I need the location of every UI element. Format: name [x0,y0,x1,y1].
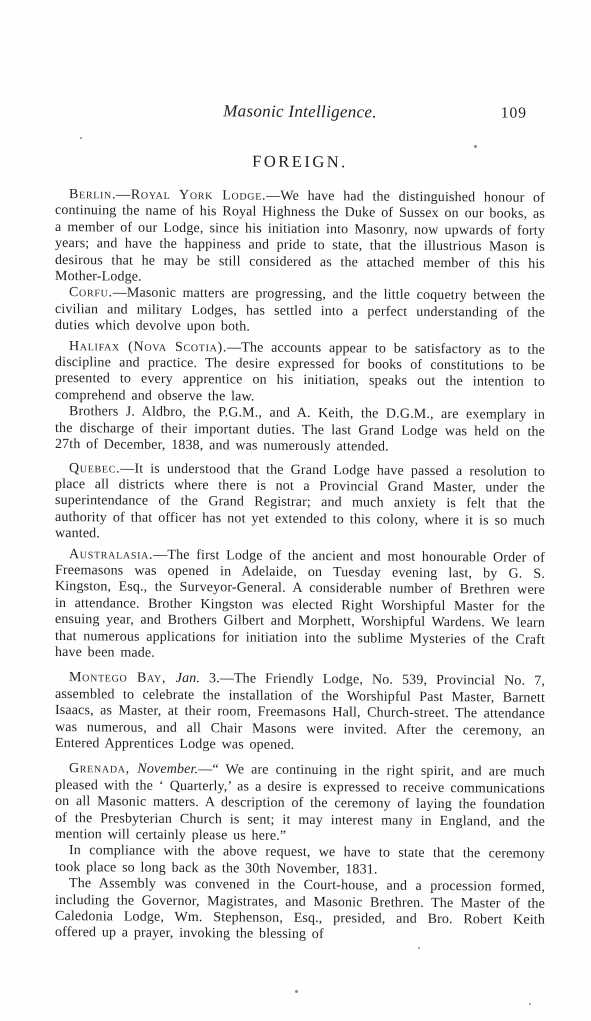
paragraph-corfu: Corfu.—Masonic matters are progressing, … [55,285,545,338]
scan-speck [529,1003,531,1005]
page-number: 109 [501,105,527,123]
paragraph-halifax-brothers: Brothers J. Aldbro, the P.G.M., and A. K… [55,404,545,457]
dateline-lead: Corfu. [69,286,113,301]
paragraph-grenada-compliance: In compliance with the above request, we… [55,843,545,880]
paragraph-grenada: Grenada, November.—“ We are continuing i… [55,761,545,847]
paragraph-australasia: Australasia.—The first Lodge of the anci… [55,547,545,666]
dateline-lead: Berlin.—Royal York Lodge. [69,187,266,204]
running-title: Masonic Intelligence. [55,100,545,124]
scan-speck [474,145,477,148]
text-segment: In compliance with the above request, we… [55,844,545,878]
text-segment: —The first Lodge of the ancient and most… [55,547,545,660]
paragraph-berlin: Berlin.—Royal York Lodge.—We have had th… [55,187,545,289]
text-segment: The Assembly was convened in the Court-h… [55,876,545,942]
paragraph-grenada-assembly: The Assembly was convened in the Court-h… [55,876,545,945]
running-header: Masonic Intelligence. 109 [55,100,545,128]
dateline-date: November. [137,762,198,777]
text-segment: Brothers J. Aldbro, the P.G.M., and A. K… [55,404,545,454]
dateline-date: Jan. [176,671,200,686]
text-segment: —It is understood that the Grand Lodge h… [55,461,545,541]
dateline-lead: Quebec. [69,461,120,476]
text-segment: —We have had the distinguished honour of… [55,189,545,285]
scanned-page: Masonic Intelligence. 109 FOREIGN. Berli… [0,0,591,1021]
scan-speck [80,137,82,139]
page-content: Masonic Intelligence. 109 FOREIGN. Berli… [55,100,545,946]
dateline-lead: Montego Bay, [69,670,176,686]
article-body: Berlin.—Royal York Lodge.—We have had th… [55,187,545,946]
dateline-lead: Australasia. [69,547,153,563]
section-title: FOREIGN. [55,150,545,174]
dateline-lead: Grenada, [69,762,137,778]
scan-speck [295,990,298,993]
text-segment: —Masonic matters are progressing, and th… [55,286,545,335]
scan-speck [418,947,420,949]
paragraph-quebec: Quebec.—It is understood that the Grand … [55,461,545,547]
paragraph-montego-bay: Montego Bay, Jan. 3.—The Friendly Lodge,… [55,670,545,756]
dateline-lead: Halifax (Nova Scotia). [69,339,227,355]
paragraph-halifax: Halifax (Nova Scotia).—The accounts appe… [55,339,545,408]
